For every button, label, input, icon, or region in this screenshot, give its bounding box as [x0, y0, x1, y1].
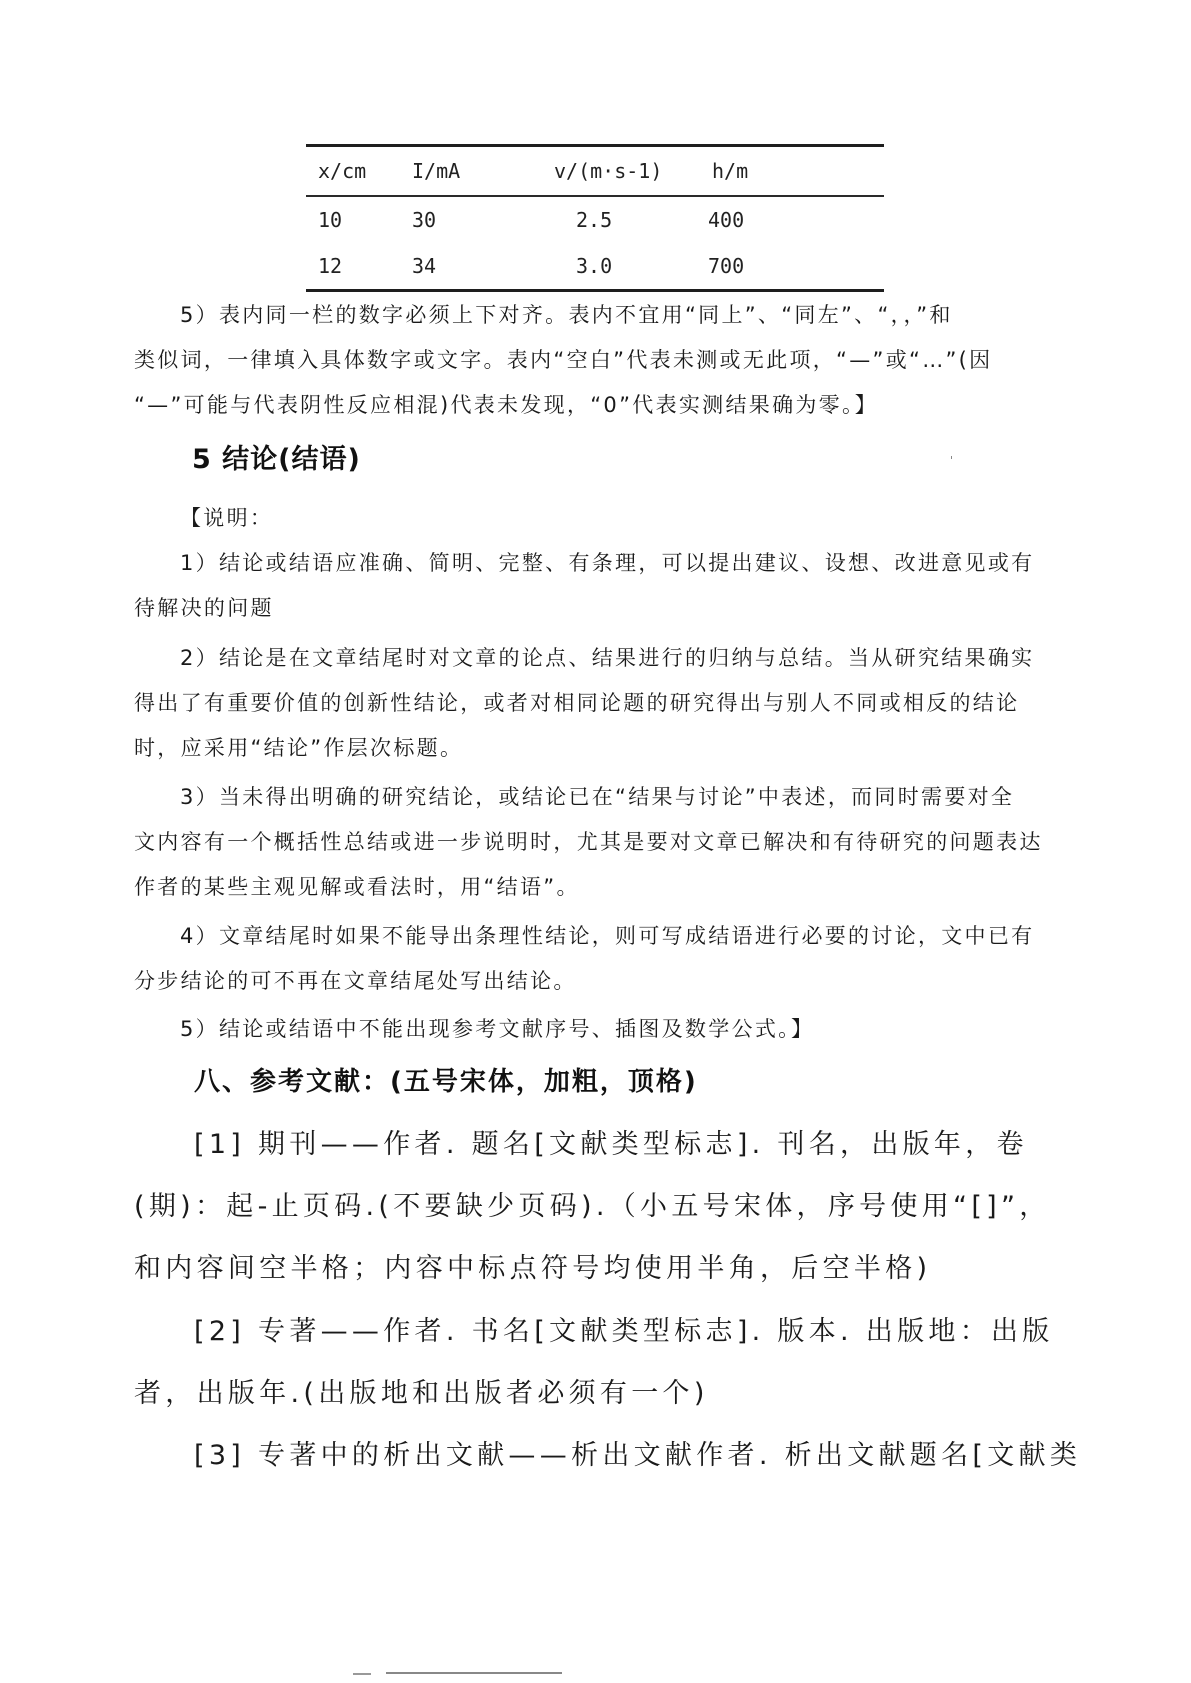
text-line: 【说明： — [134, 496, 1059, 541]
section-heading-conclusion: 5 结论(结语) — [192, 437, 361, 476]
data-table: x/cm I/mA v/(m·s-1) h/m 10 30 2.5 400 12… — [306, 144, 884, 292]
table-header-cell: I/mA — [412, 147, 460, 195]
table-cell: 3.0 — [576, 243, 612, 289]
table-cell: 34 — [412, 243, 436, 289]
conclusion-item-4: 4）文章结尾时如果不能导出条理性结论，则可写成结语进行必要的讨论，文中已有 分步… — [134, 914, 1059, 1004]
table-cell: 400 — [708, 197, 744, 243]
table-header-cell: v/(m·s-1) — [554, 147, 662, 195]
text-line: 4）文章结尾时如果不能导出条理性结论，则可写成结语进行必要的讨论，文中已有 — [134, 914, 1059, 959]
note-open: 【说明： — [134, 496, 1059, 541]
text-line: 得出了有重要价值的创新性结论，或者对相同论题的研究得出与别人不同或相反的结论 — [134, 681, 1059, 726]
text-line: 5）表内同一栏的数字必须上下对齐。表内不宜用“同上”、“同左”、“，，”和 — [134, 293, 1059, 338]
reference-item-2: [2] 专著——作者. 书名[文献类型标志]. 版本. 出版地：出版 者，出版年… — [134, 1301, 1064, 1425]
text-line: (期)：起-止页码.(不要缺少页码).（小五号宋体，序号使用“[]”， — [134, 1176, 1064, 1238]
conclusion-item-3: 3）当未得出明确的研究结论，或结论已在“结果与讨论”中表述，而同时需要对全 文内… — [134, 775, 1059, 910]
footer-rule — [353, 1673, 371, 1675]
text-line: [1] 期刊——作者. 题名[文献类型标志]. 刊名，出版年，卷 — [134, 1114, 1064, 1176]
reference-item-1: [1] 期刊——作者. 题名[文献类型标志]. 刊名，出版年，卷 (期)：起-止… — [134, 1114, 1064, 1300]
text-line: 者，出版年.(出版地和出版者必须有一个) — [134, 1363, 1064, 1425]
table-cell: 700 — [708, 243, 744, 289]
table-row: 10 30 2.5 400 — [306, 197, 884, 243]
text-line: 和内容间空半格；内容中标点符号均使用半角，后空半格) — [134, 1238, 1064, 1300]
text-line: 文内容有一个概括性总结或进一步说明时，尤其是要对文章已解决和有待研究的问题表达 — [134, 820, 1059, 865]
table-header-cell: h/m — [712, 147, 748, 195]
text-line: 1）结论或结语应准确、简明、完整、有条理，可以提出建议、设想、改进意见或有 — [134, 541, 1059, 586]
text-line: 作者的某些主观见解或看法时，用“结语”。 — [134, 865, 1059, 910]
table-cell: 30 — [412, 197, 436, 243]
table-cell: 12 — [318, 243, 342, 289]
text-line: 2）结论是在文章结尾时对文章的论点、结果进行的归纳与总结。当从研究结果确实 — [134, 636, 1059, 681]
table-cell: 2.5 — [576, 197, 612, 243]
conclusion-item-5: 5）结论或结语中不能出现参考文献序号、插图及数学公式。】 — [134, 1007, 1059, 1052]
text-line: “—”可能与代表阴性反应相混)代表未发现，“0”代表实测结果确为零。】 — [134, 383, 1059, 428]
table-header-cell: x/cm — [318, 147, 366, 195]
section-heading-references: 八、参考文献：(五号宋体，加粗，顶格) — [194, 1061, 698, 1098]
table-cell: 10 — [318, 197, 342, 243]
conclusion-item-2: 2）结论是在文章结尾时对文章的论点、结果进行的归纳与总结。当从研究结果确实 得出… — [134, 636, 1059, 771]
scan-speck — [951, 456, 952, 459]
text-line: 3）当未得出明确的研究结论，或结论已在“结果与讨论”中表述，而同时需要对全 — [134, 775, 1059, 820]
table-header-row: x/cm I/mA v/(m·s-1) h/m — [306, 147, 884, 195]
text-line: 时，应采用“结论”作层次标题。 — [134, 726, 1059, 771]
text-line: [3] 专著中的析出文献——析出文献作者. 析出文献题名[文献类 — [134, 1425, 1064, 1487]
text-line: 5）结论或结语中不能出现参考文献序号、插图及数学公式。】 — [134, 1007, 1059, 1052]
text-line: 类似词，一律填入具体数字或文字。表内“空白”代表未测或无此项，“—”或“…”(因 — [134, 338, 1059, 383]
table-row: 12 34 3.0 700 — [306, 243, 884, 289]
document-page: x/cm I/mA v/(m·s-1) h/m 10 30 2.5 400 12… — [0, 0, 1191, 1683]
reference-item-3: [3] 专著中的析出文献——析出文献作者. 析出文献题名[文献类 — [134, 1425, 1064, 1487]
text-line: [2] 专著——作者. 书名[文献类型标志]. 版本. 出版地：出版 — [134, 1301, 1064, 1363]
text-line: 待解决的问题 — [134, 586, 1059, 631]
text-line: 分步结论的可不再在文章结尾处写出结论。 — [134, 959, 1059, 1004]
table-bottom-rule — [306, 289, 884, 292]
conclusion-item-1: 1）结论或结语应准确、简明、完整、有条理，可以提出建议、设想、改进意见或有 待解… — [134, 541, 1059, 631]
table-note-paragraph: 5）表内同一栏的数字必须上下对齐。表内不宜用“同上”、“同左”、“，，”和 类似… — [134, 293, 1059, 428]
footer-rule — [386, 1672, 562, 1674]
